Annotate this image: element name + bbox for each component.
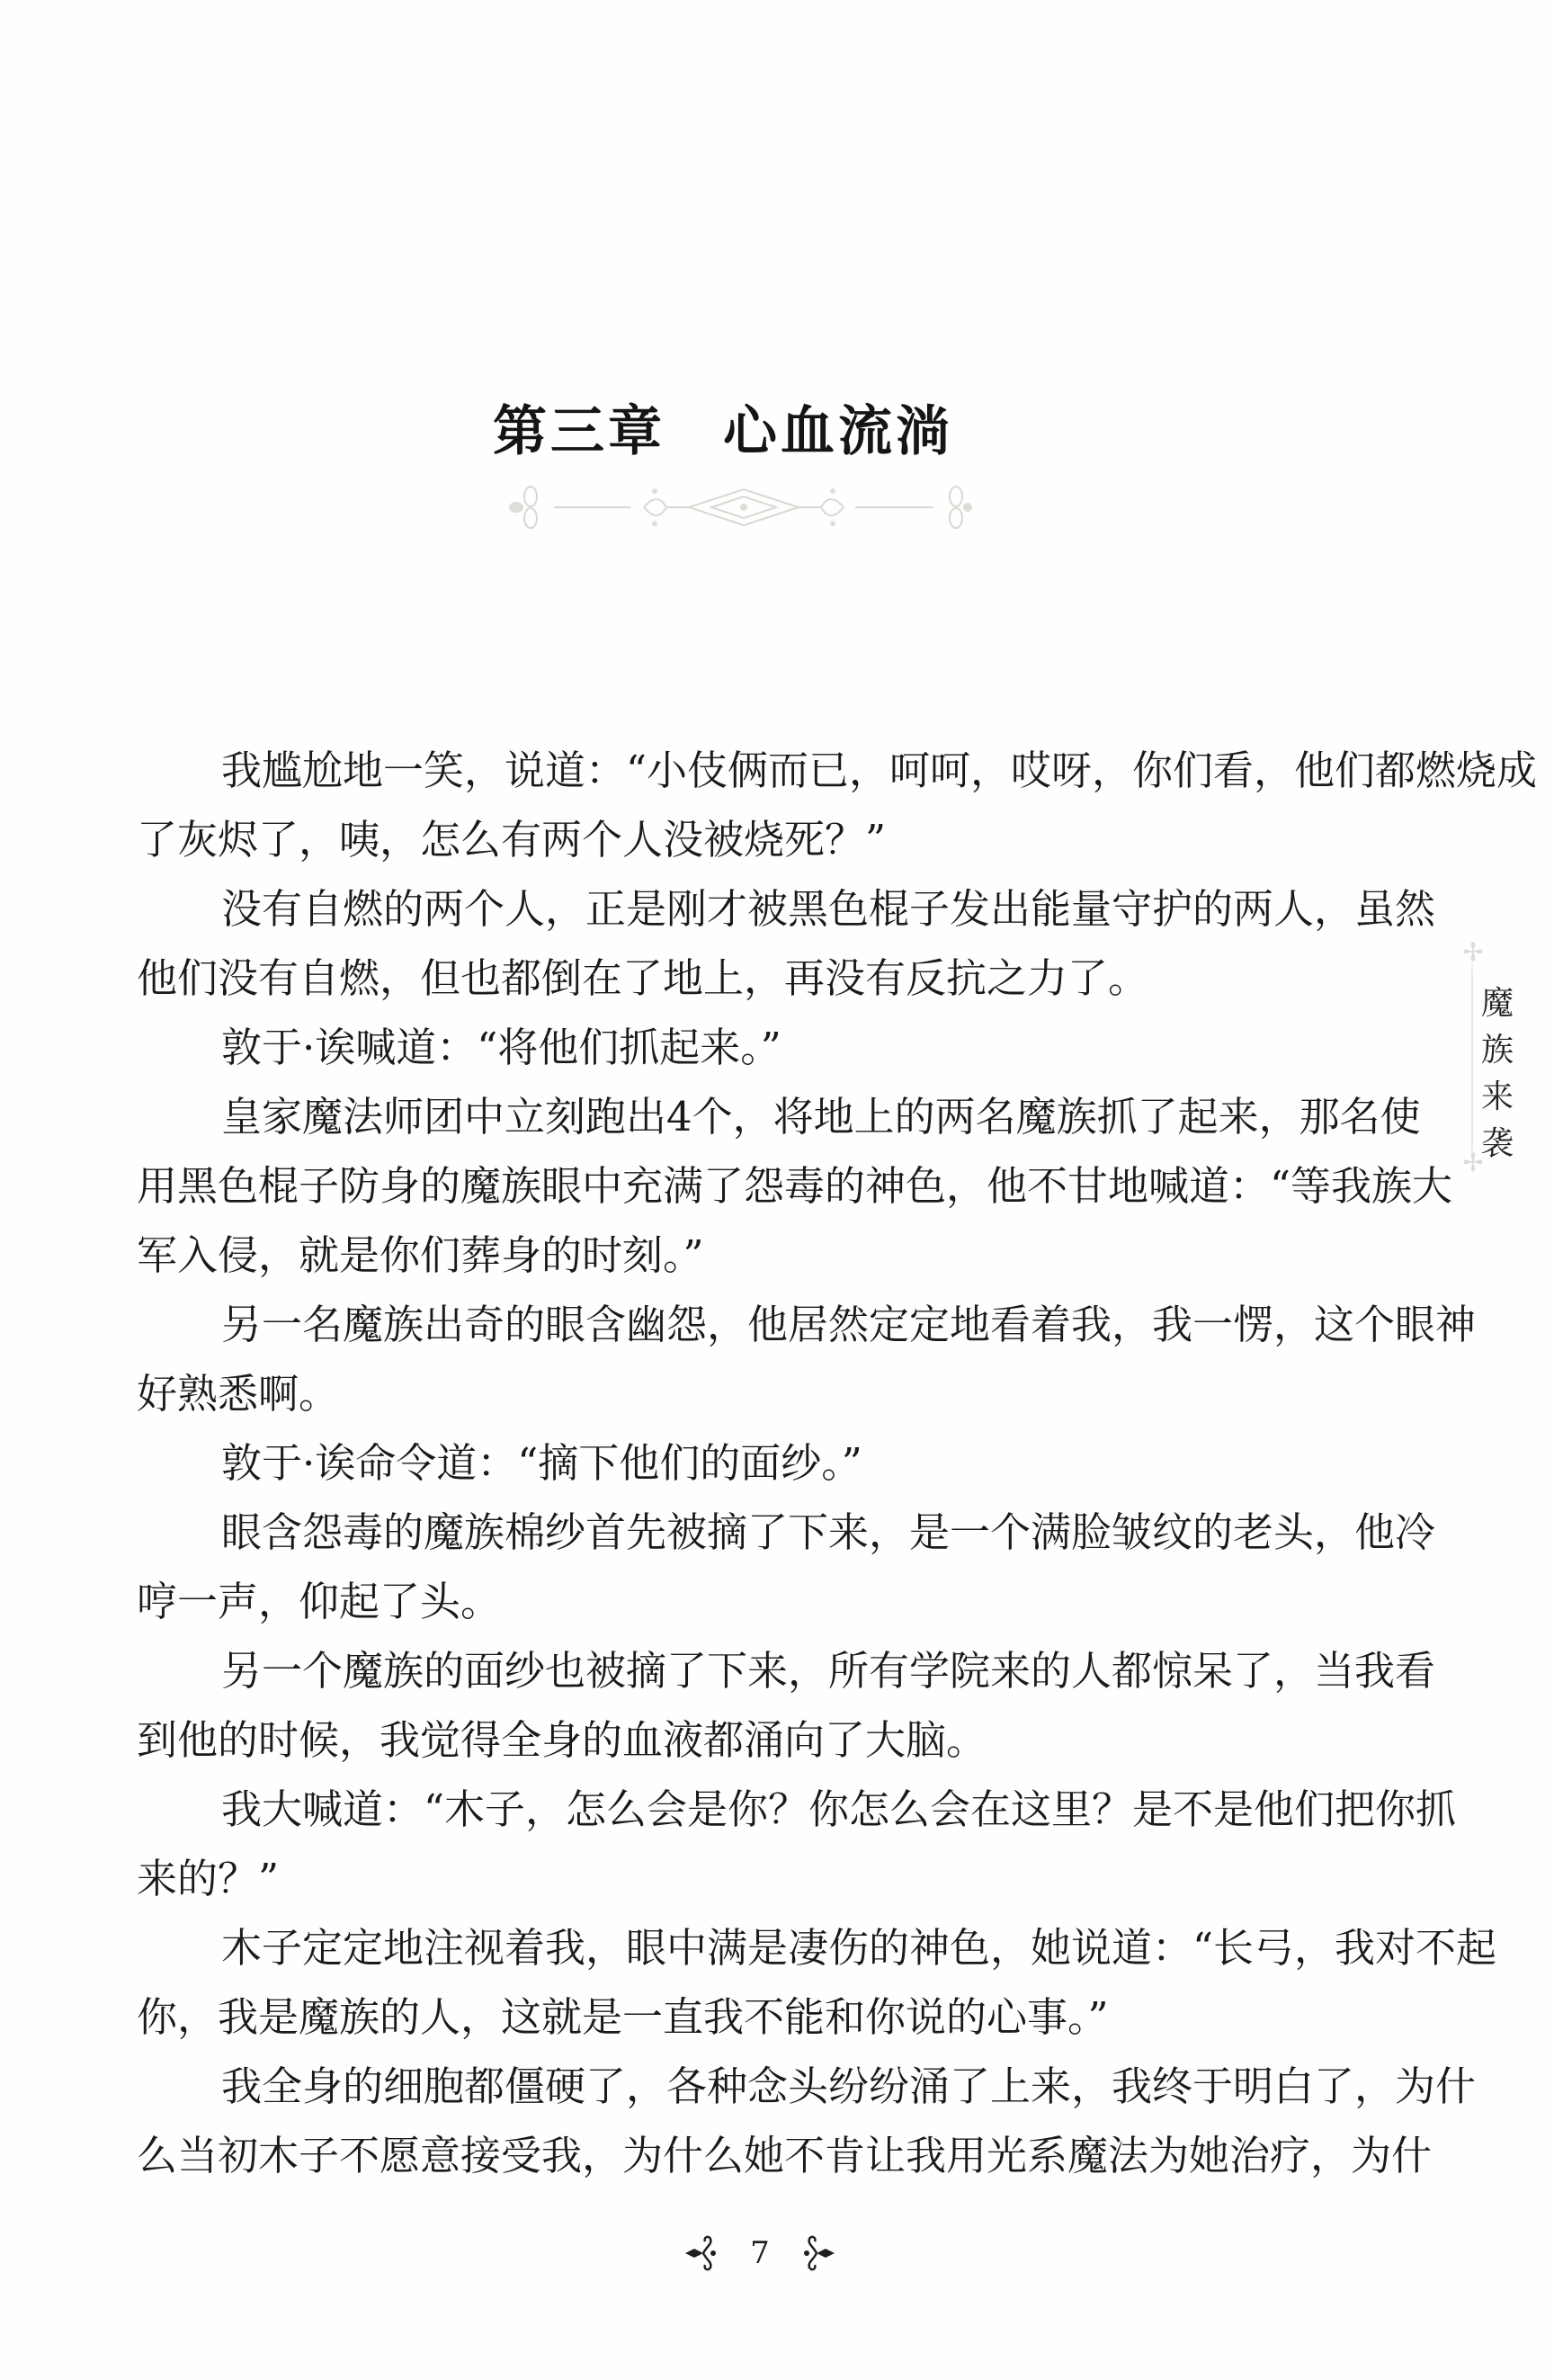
text-line: 另一名魔族出奇的眼含幽怨，他居然定定地看着我，我一愣，这个眼神: [137, 1290, 1363, 1359]
title-flourish-ornament-icon: [509, 482, 978, 532]
running-head: ✢ 魔 族 来 袭 ✢: [1475, 944, 1520, 1178]
text-line: 木子定定地注视着我，眼中满是凄伤的神色，她说道：“长弓，我对不起: [137, 1913, 1363, 1982]
text-line: 敦于·诶命令道：“摘下他们的面纱。”: [137, 1428, 1363, 1498]
page-footer: 7: [683, 2231, 836, 2276]
flourish-top-icon: ✢: [1457, 939, 1489, 966]
folio-ornament-left-icon: [683, 2233, 716, 2273]
text-line: 来的？”: [137, 1844, 1363, 1913]
text-line: 么当初木子不愿意接受我，为什么她不肯让我用光系魔法为她治疗，为什: [137, 2121, 1363, 2190]
text-line: 哼一声，仰起了头。: [137, 1567, 1363, 1636]
page-number: 7: [750, 2235, 770, 2271]
text-line: 我尴尬地一笑，说道：“小伎俩而已，呵呵，哎呀，你们看，他们都燃烧成: [137, 736, 1363, 805]
body-text: 我尴尬地一笑，说道：“小伎俩而已，呵呵，哎呀，你们看，他们都燃烧成 了灰烬了，咦…: [137, 736, 1363, 2190]
running-head-rule: [1471, 944, 1473, 1177]
text-line: 皇家魔法师团中立刻跑出4个，将地上的两名魔族抓了起来，那名使: [137, 1082, 1363, 1151]
text-line: 到他的时候，我觉得全身的血液都涌向了大脑。: [137, 1705, 1363, 1775]
text-line: 我大喊道：“木子，怎么会是你？你怎么会在这里？是不是他们把你抓: [137, 1775, 1363, 1844]
text-line: 好熟悉啊。: [137, 1359, 1363, 1428]
text-line: 用黑色棍子防身的魔族眼中充满了怨毒的神色，他不甘地喊道：“等我族大: [137, 1151, 1363, 1221]
text-line: 眼含怨毒的魔族棉纱首先被摘了下来，是一个满脸皱纹的老头，他冷: [137, 1498, 1363, 1567]
text-line: 了灰烬了，咦，怎么有两个人没被烧死？”: [137, 805, 1363, 874]
text-line: 敦于·诶喊道：“将他们抓起来。”: [137, 1013, 1363, 1082]
text-line: 另一个魔族的面纱也被摘了下来，所有学院来的人都惊呆了，当我看: [137, 1636, 1363, 1705]
running-head-title: 魔 族 来 袭: [1478, 980, 1516, 1168]
text-line: 没有自燃的两个人，正是刚才被黑色棍子发出能量守护的两人，虽然: [137, 874, 1363, 944]
flourish-bottom-icon: ✢: [1457, 1150, 1489, 1177]
text-line: 我全身的细胞都僵硬了，各种念头纷纷涌了上来，我终于明白了，为什: [137, 2052, 1363, 2121]
text-line: 你，我是魔族的人，这就是一直我不能和你说的心事。”: [137, 1982, 1363, 2052]
folio-ornament-right-icon: [804, 2233, 836, 2273]
chapter-title: 第三章 心血流淌: [493, 396, 996, 468]
text-line: 他们没有自燃，但也都倒在了地上，再没有反抗之力了。: [137, 944, 1363, 1013]
text-line: 军入侵，就是你们葬身的时刻。”: [137, 1221, 1363, 1290]
